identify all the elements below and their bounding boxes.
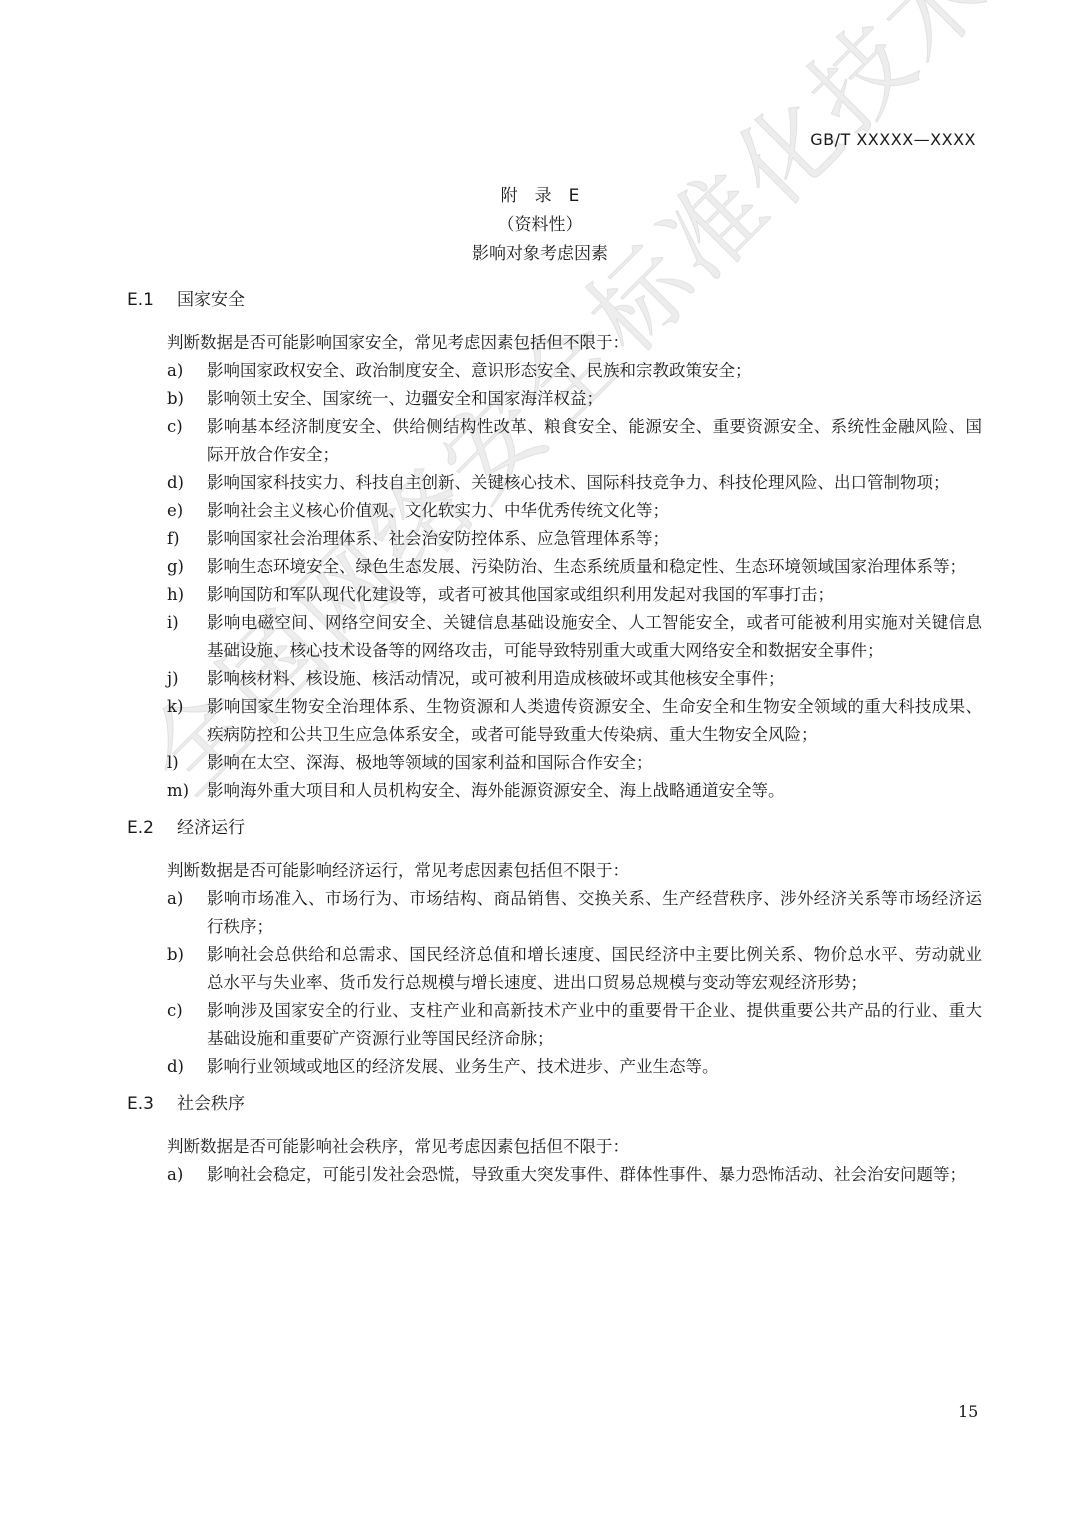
item-text: 影响国家科技实力、科技自主创新、关键核心技术、国际科技竞争力、科技伦理风险、出口… [207,469,982,497]
list-item: f)影响国家社会治理体系、社会治安防控体系、应急管理体系等； [127,525,982,553]
item-label: i) [167,609,207,665]
item-label: g) [167,553,207,581]
section-economic-operation: E.2经济运行 判断数据是否可能影响经济运行，常见考虑因素包括但不限于： a)影… [127,813,982,1081]
item-text: 影响核材料、核设施、核活动情况，或可被利用造成核破坏或其他核安全事件； [207,665,982,693]
section-intro: 判断数据是否可能影响社会秩序，常见考虑因素包括但不限于： [127,1133,982,1161]
item-text: 影响社会主义核心价值观、文化软实力、中华优秀传统文化等； [207,497,982,525]
item-label: b) [167,941,207,997]
list-item: g)影响生态环境安全、绿色生态发展、污染防治、生态系统质量和稳定性、生态环境领域… [127,553,982,581]
section-intro: 判断数据是否可能影响国家安全，常见考虑因素包括但不限于： [127,329,982,357]
standard-number: GB/T XXXXX—XXXX [810,130,976,149]
item-text: 影响在太空、深海、极地等领域的国家利益和国际合作安全； [207,749,982,777]
list-item: m)影响海外重大项目和人员机构安全、海外能源资源安全、海上战略通道安全等。 [127,777,982,805]
item-text: 影响基本经济制度安全、供给侧结构性改革、粮食安全、能源安全、重要资源安全、系统性… [207,413,982,469]
list-item: b)影响社会总供给和总需求、国民经济总值和增长速度、国民经济中主要比例关系、物价… [127,941,982,997]
item-text: 影响社会稳定，可能引发社会恐慌，导致重大突发事件、群体性事件、暴力恐怖活动、社会… [207,1161,982,1189]
list-item: i)影响电磁空间、网络空间安全、关键信息基础设施安全、人工智能安全，或者可能被利… [127,609,982,665]
item-text: 影响涉及国家安全的行业、支柱产业和高新技术产业中的重要骨干企业、提供重要公共产品… [207,997,982,1053]
item-label: a) [167,357,207,385]
item-label: k) [167,693,207,749]
item-text: 影响国防和军队现代化建设等，或者可被其他国家或组织利用发起对我国的军事打击； [207,581,982,609]
item-label: h) [167,581,207,609]
item-label: j) [167,665,207,693]
section-title-text: 经济运行 [177,818,245,838]
item-text: 影响国家社会治理体系、社会治安防控体系、应急管理体系等； [207,525,982,553]
section-title: E.2经济运行 [127,813,982,843]
appendix-title: 影响对象考虑因素 [0,240,1080,269]
item-label: a) [167,1161,207,1189]
item-label: m) [167,777,207,805]
item-label: d) [167,1053,207,1081]
item-text: 影响市场准入、市场行为、市场结构、商品销售、交换关系、生产经营秩序、涉外经济关系… [207,885,982,941]
item-text: 影响领土安全、国家统一、边疆安全和国家海洋权益； [207,385,982,413]
list-item: b)影响领土安全、国家统一、边疆安全和国家海洋权益； [127,385,982,413]
section-title: E.1国家安全 [127,285,982,315]
list-item: a)影响市场准入、市场行为、市场结构、商品销售、交换关系、生产经营秩序、涉外经济… [127,885,982,941]
list-item: e)影响社会主义核心价值观、文化软实力、中华优秀传统文化等； [127,497,982,525]
section-number: E.2 [127,813,177,843]
appendix-label: 附 录 E [0,182,1080,211]
list-item: h)影响国防和军队现代化建设等，或者可被其他国家或组织利用发起对我国的军事打击； [127,581,982,609]
section-title-text: 国家安全 [177,290,245,310]
list-item: d)影响行业领域或地区的经济发展、业务生产、技术进步、产业生态等。 [127,1053,982,1081]
item-label: c) [167,413,207,469]
appendix-nature: （资料性） [0,211,1080,240]
item-text: 影响行业领域或地区的经济发展、业务生产、技术进步、产业生态等。 [207,1053,982,1081]
section-number: E.3 [127,1089,177,1119]
section-title: E.3社会秩序 [127,1089,982,1119]
list-item: c)影响涉及国家安全的行业、支柱产业和高新技术产业中的重要骨干企业、提供重要公共… [127,997,982,1053]
document-body: E.1国家安全 判断数据是否可能影响国家安全，常见考虑因素包括但不限于： a)影… [127,285,982,1197]
list-item: a)影响社会稳定，可能引发社会恐慌，导致重大突发事件、群体性事件、暴力恐怖活动、… [127,1161,982,1189]
item-text: 影响国家政权安全、政治制度安全、意识形态安全、民族和宗教政策安全； [207,357,982,385]
section-number: E.1 [127,285,177,315]
item-text: 影响生态环境安全、绿色生态发展、污染防治、生态系统质量和稳定性、生态环境领域国家… [207,553,982,581]
item-label: d) [167,469,207,497]
page-number: 15 [958,1402,978,1421]
item-text: 影响社会总供给和总需求、国民经济总值和增长速度、国民经济中主要比例关系、物价总水… [207,941,982,997]
item-label: l) [167,749,207,777]
item-text: 影响国家生物安全治理体系、生物资源和人类遗传资源安全、生命安全和生物安全领域的重… [207,693,982,749]
list-item: c)影响基本经济制度安全、供给侧结构性改革、粮食安全、能源安全、重要资源安全、系… [127,413,982,469]
item-label: a) [167,885,207,941]
appendix-heading: 附 录 E （资料性） 影响对象考虑因素 [0,182,1080,269]
list-item: a)影响国家政权安全、政治制度安全、意识形态安全、民族和宗教政策安全； [127,357,982,385]
section-national-security: E.1国家安全 判断数据是否可能影响国家安全，常见考虑因素包括但不限于： a)影… [127,285,982,805]
list-item: d)影响国家科技实力、科技自主创新、关键核心技术、国际科技竞争力、科技伦理风险、… [127,469,982,497]
section-intro: 判断数据是否可能影响经济运行，常见考虑因素包括但不限于： [127,857,982,885]
section-title-text: 社会秩序 [177,1094,245,1114]
item-text: 影响海外重大项目和人员机构安全、海外能源资源安全、海上战略通道安全等。 [207,777,982,805]
list-item: k)影响国家生物安全治理体系、生物资源和人类遗传资源安全、生命安全和生物安全领域… [127,693,982,749]
item-label: b) [167,385,207,413]
section-social-order: E.3社会秩序 判断数据是否可能影响社会秩序，常见考虑因素包括但不限于： a)影… [127,1089,982,1189]
item-text: 影响电磁空间、网络空间安全、关键信息基础设施安全、人工智能安全，或者可能被利用实… [207,609,982,665]
item-label: f) [167,525,207,553]
item-label: c) [167,997,207,1053]
list-item: j)影响核材料、核设施、核活动情况，或可被利用造成核破坏或其他核安全事件； [127,665,982,693]
list-item: l)影响在太空、深海、极地等领域的国家利益和国际合作安全； [127,749,982,777]
item-label: e) [167,497,207,525]
